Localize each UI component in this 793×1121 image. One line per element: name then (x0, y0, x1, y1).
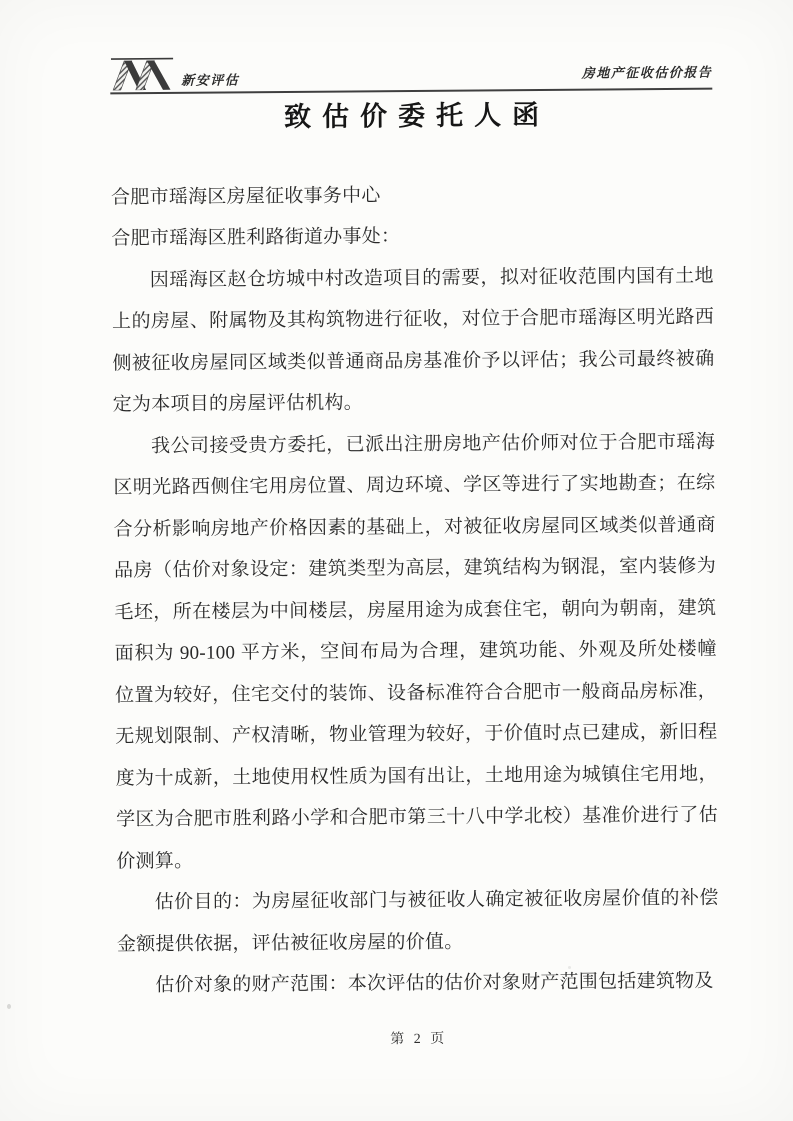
recipient-line: 合肥市瑶海区房屋征收事务中心 (111, 172, 713, 218)
letter-body: 合肥市瑶海区房屋征收事务中心 合肥市瑶海区胜利路街道办事处： 因瑶海区赵仓坊城中… (111, 172, 720, 1007)
document-page: 新安评估 房地产征收估价报告 致估价委托人函 合肥市瑶海区房屋征收事务中心 合肥… (0, 0, 793, 1121)
report-type-label: 房地产征收估价报告 (582, 62, 713, 87)
page-number: 第 2 页 (118, 1026, 720, 1051)
page-sheet: 新安评估 房地产征收估价报告 致估价委托人函 合肥市瑶海区房屋征收事务中心 合肥… (110, 50, 720, 1095)
brand-block: 新安评估 (110, 54, 239, 90)
body-paragraph: 估价目的：为房屋征收部门与被征收人确定被征收房屋价值的补偿金额提供依据，评估被征… (117, 878, 720, 966)
scan-speck (568, 966, 571, 969)
body-paragraph: 因瑶海区赵仓坊城中村改造项目的需要，拟对征收范围内国有土地上的房屋、附属物及其构… (112, 255, 715, 426)
company-logo-icon (110, 55, 174, 91)
recipient-line: 合肥市瑶海区胜利路街道办事处： (111, 214, 713, 260)
scan-speck (7, 1004, 11, 1009)
page-title: 致估价委托人函 (110, 100, 712, 134)
report-header: 新安评估 房地产征收估价报告 (110, 50, 712, 95)
company-name: 新安评估 (181, 69, 239, 89)
body-paragraph: 估价对象的财产范围：本次评估的估价对象财产范围包括建筑物及 (117, 961, 719, 1007)
body-paragraph: 我公司接受贵方委托，已派出注册房地产估价师对位于合肥市瑶海区明光路西侧住宅用房位… (113, 421, 719, 882)
